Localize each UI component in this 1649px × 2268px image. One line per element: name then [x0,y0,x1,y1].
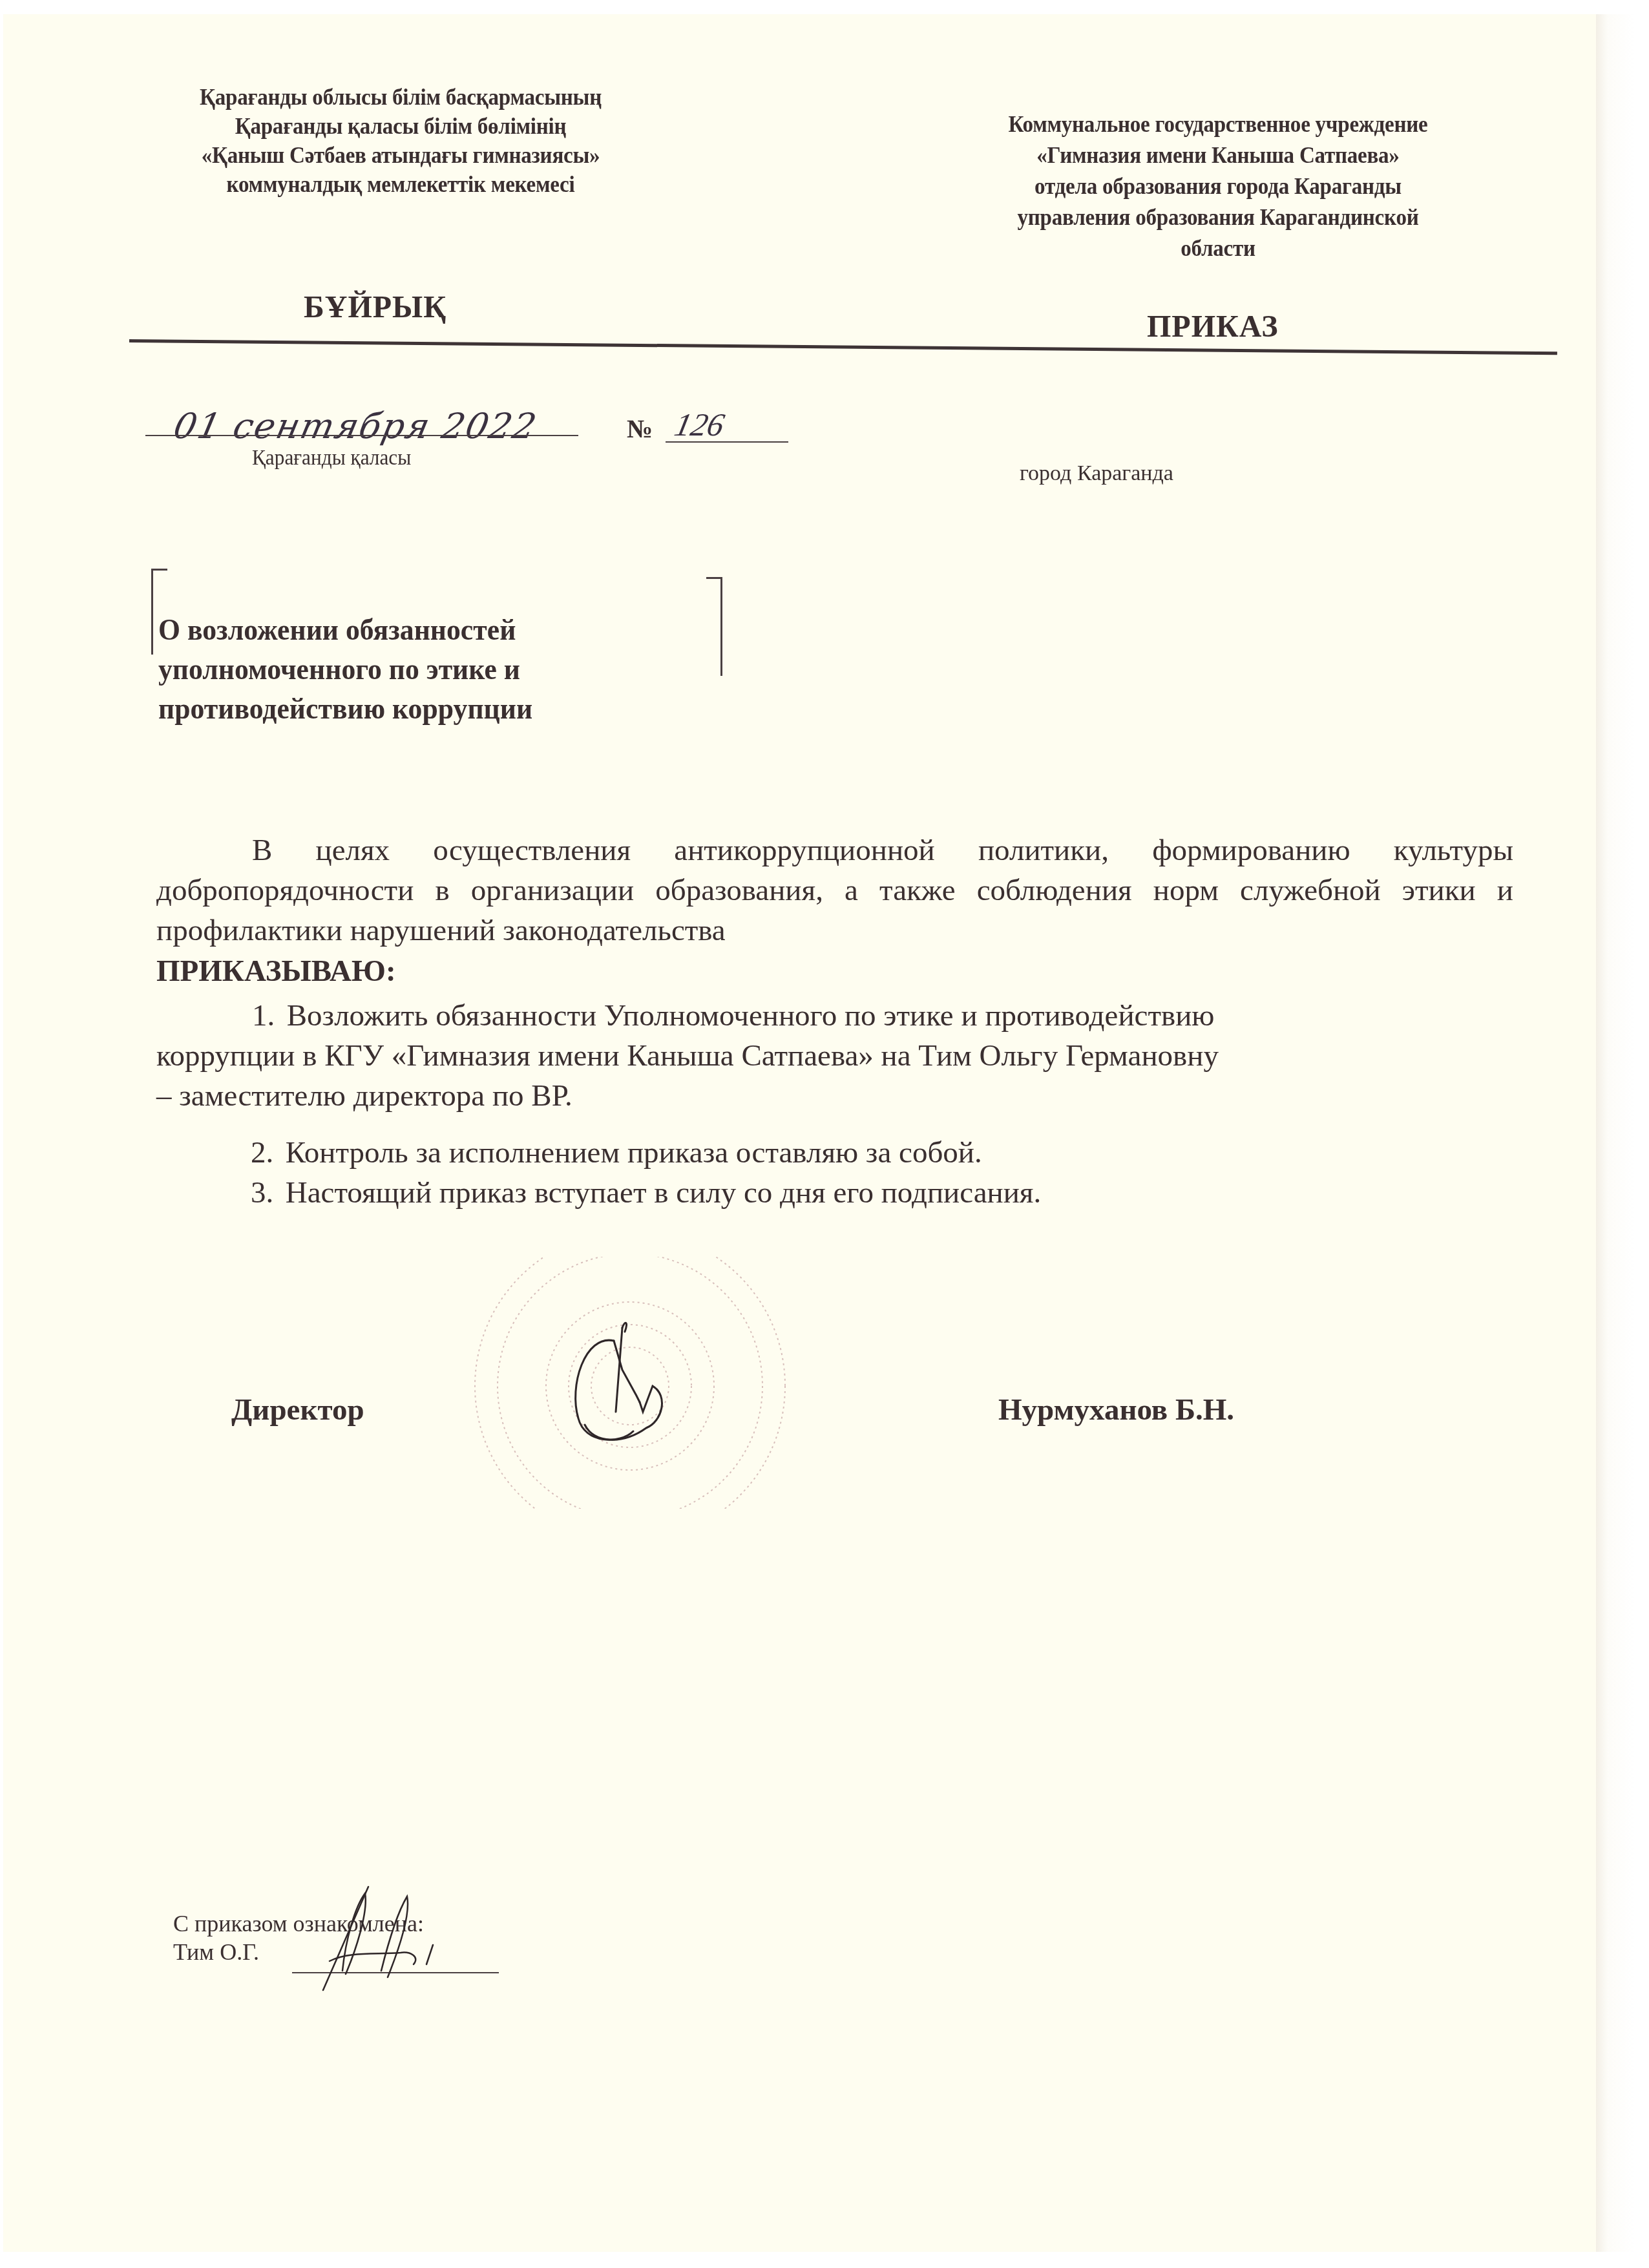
handwritten-date: 01 сентября 2022 [170,406,541,446]
order-item-3: 3. Настоящий приказ вступает в силу со д… [251,1173,1041,1213]
preamble-paragraph: В целях осуществления антикоррупционной … [156,830,1513,950]
org-kz-line: Қарағанды қаласы білім бөлімінің [121,112,680,141]
item-text: Настоящий приказ вступает в силу со дня … [286,1176,1041,1210]
city-ru: город Караганда [1020,461,1173,486]
document-title-ru: ПРИКАЗ [1147,309,1279,344]
org-ru-line: управления образования Карагандинской [932,202,1503,233]
org-header-kz: Қарағанды облысы білім басқармасының Қар… [121,83,680,199]
item-text-continued: коррупции в КГУ «Гимназия имени Каныша С… [156,1036,1513,1076]
document-title-kz: БҰЙРЫҚ [304,289,446,325]
official-stamp-with-signature [456,1257,798,1509]
item-text: Контроль за исполнением приказа оставляю… [286,1136,982,1170]
item-number: 2. [251,1133,278,1173]
handwritten-number: 126 [671,406,728,443]
signatory-name: Нурмуханов Б.Н. [998,1392,1234,1427]
order-item-1: 1. Возложить обязанности Уполномоченного… [156,996,1513,1116]
number-underline [666,441,788,443]
date-underline [145,435,578,436]
subject-bracket-right [706,577,722,676]
org-ru-line: области [932,233,1503,264]
item-number: 1. [252,996,279,1036]
order-item-2: 2. Контроль за исполнением приказа остав… [251,1133,982,1173]
org-kz-line: Қарағанды облысы білім басқармасының [121,83,680,112]
subject-line: О возложении обязанностей [158,611,699,650]
city-kz: Қарағанды қаласы [252,446,411,470]
org-ru-line: отдела образования города Караганды [932,171,1503,202]
item-number: 3. [251,1173,278,1213]
org-header-ru: Коммунальное государственное учреждение … [932,109,1503,264]
subject-line: противодействию коррупции [158,689,699,729]
org-kz-line: «Қаныш Сәтбаев атындағы гимназиясы» [121,141,680,170]
subject-line: уполномоченного по этике и [158,650,699,689]
org-kz-line: коммуналдық мемлекеттік мекемесі [121,170,680,199]
org-ru-line: Коммунальное государственное учреждение [932,109,1503,140]
number-sign: № [627,414,653,444]
signatory-position: Директор [231,1392,364,1427]
item-text: Возложить обязанности Уполномоченного по… [287,999,1215,1033]
order-subject: О возложении обязанностей уполномоченног… [158,611,699,729]
handwritten-signature [284,1874,504,2003]
order-keyword: ПРИКАЗЫВАЮ: [156,954,396,989]
org-ru-line: «Гимназия имени Каныша Сатпаева» [932,140,1503,171]
scan-edge [1596,14,1635,2252]
item-text-continued: – заместителю директора по ВР. [156,1076,1513,1116]
